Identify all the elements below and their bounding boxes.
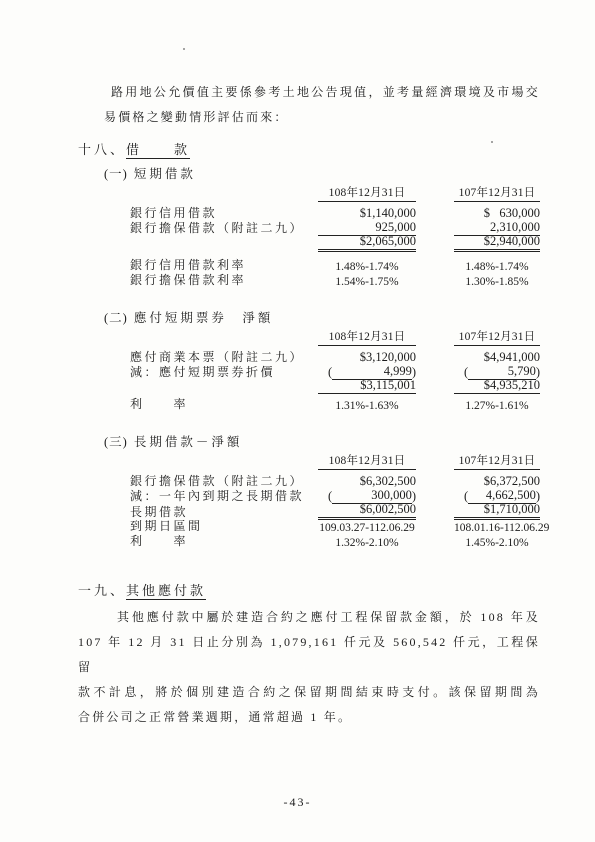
paragraph-line: 其他應付款中屬於建造合約之應付工程保留款金額，於 108 年及	[78, 605, 540, 630]
table-row: 減：應付短期票券折價 (4,999) (5,790)	[130, 363, 540, 378]
rate-cell: 1.31%-1.63%	[318, 400, 416, 412]
short-term-notes-table: 108年12月31日 107年12月31日 應付商業本票（附註二九） $3,12…	[130, 328, 540, 410]
column-header: 107年12月31日	[454, 452, 540, 470]
total-cell: $3,115,001	[318, 378, 416, 394]
rate-cell: 1.48%-1.74%	[454, 261, 540, 273]
date-range-cell: 108.01.16-112.06.29	[454, 522, 540, 534]
section-title: 借 款	[126, 142, 190, 159]
table-row: 銀行擔保借款（附註二九） $6,302,500 $6,372,500	[130, 472, 540, 487]
amount-cell: $6,372,500	[454, 474, 540, 489]
scan-artifact	[183, 48, 185, 50]
table-row: 銀行擔保借款利率 1.54%-1.75% 1.30%-1.85%	[130, 271, 540, 286]
total-cell: $2,940,000	[454, 234, 540, 252]
section-title: 其他應付款	[126, 583, 206, 600]
amount-cell: $ 630,000	[454, 206, 540, 221]
total-cell: $1,710,000	[454, 502, 540, 520]
paragraph-line: 合併公司之正常營業週期，通常超過 1 年。	[78, 705, 540, 730]
table-row: 利 率 1.32%-2.10% 1.45%-2.10%	[130, 532, 540, 547]
amount-cell: $6,302,500	[318, 474, 416, 489]
subsection-label: (一)	[104, 167, 128, 181]
amount-cell: $3,120,000	[318, 350, 416, 365]
rate-cell: 1.48%-1.74%	[318, 261, 416, 273]
total-cell: $4,935,210	[454, 378, 540, 394]
subsection-label: (二)	[104, 311, 128, 325]
amount-cell: $1,140,000	[318, 206, 416, 221]
row-label: 利 率	[130, 532, 318, 549]
table-row: 銀行信用借款 $1,140,000 $ 630,000	[130, 204, 540, 219]
total-cell: $6,002,500	[318, 502, 416, 520]
subsection-title: 應付短期票券 淨額	[134, 311, 274, 325]
rate-cell: 1.54%-1.75%	[318, 276, 416, 288]
section-number: 十八、	[78, 142, 126, 157]
page-number: -43-	[0, 795, 595, 810]
column-header: 108年12月31日	[318, 328, 416, 346]
rate-cell: 1.45%-2.10%	[454, 537, 540, 549]
amount-cell: $4,941,000	[454, 350, 540, 365]
table-row: 銀行擔保借款（附註二九） 925,000 2,310,000	[130, 219, 540, 234]
scan-artifact	[491, 141, 493, 143]
table-row: 減：一年內到期之長期借款 (300,000) (4,662,500)	[130, 487, 540, 502]
subsection-title: 短期借款	[134, 167, 196, 181]
intro-paragraph: 路用地公允價值主要係參考土地公告現值，並考量經濟環境及市場交 易價格之變動情形評…	[104, 80, 540, 130]
column-header: 108年12月31日	[318, 184, 416, 202]
column-header: 108年12月31日	[318, 452, 416, 470]
subsection-title: 長期借款－淨額	[134, 435, 243, 449]
table-row: 應付商業本票（附註二九） $3,120,000 $4,941,000	[130, 348, 540, 363]
row-label: 利 率	[130, 395, 318, 412]
table-header-row: 108年12月31日 107年12月31日	[130, 452, 540, 470]
table-header-row: 108年12月31日 107年12月31日	[130, 328, 540, 346]
rate-cell: 1.32%-2.10%	[318, 537, 416, 549]
subsection-2-heading: (二)應付短期票券 淨額	[104, 310, 540, 326]
row-label: 銀行擔保借款（附註二九）	[130, 219, 318, 236]
table-header-row: 108年12月31日 107年12月31日	[130, 184, 540, 202]
section-18-heading: 十八、借 款	[78, 142, 540, 158]
total-cell: $2,065,000	[318, 234, 416, 252]
table-total-row: 長期借款 $6,002,500 $1,710,000	[130, 502, 540, 517]
long-term-loans-table: 108年12月31日 107年12月31日 銀行擔保借款（附註二九） $6,30…	[130, 452, 540, 547]
subsection-3-heading: (三)長期借款－淨額	[104, 434, 540, 450]
subsection-1-heading: (一)短期借款	[104, 166, 540, 182]
table-row: 銀行信用借款利率 1.48%-1.74% 1.48%-1.74%	[130, 256, 540, 271]
column-header: 107年12月31日	[454, 328, 540, 346]
intro-line: 路用地公允價值主要係參考土地公告現值，並考量經濟環境及市場交	[104, 80, 540, 105]
row-label: 減：應付短期票券折價	[130, 363, 318, 380]
column-header: 107年12月31日	[454, 184, 540, 202]
rate-cell: 1.30%-1.85%	[454, 276, 540, 288]
short-term-loans-table: 108年12月31日 107年12月31日 銀行信用借款 $1,140,000 …	[130, 184, 540, 286]
paragraph-line: 107 年 12 月 31 日止分別為 1,079,161 仟元及 560,54…	[78, 630, 540, 680]
subsection-label: (三)	[104, 435, 128, 449]
intro-line: 易價格之變動情形評估而來：	[104, 105, 540, 130]
paragraph-line: 款不計息，將於個別建造合約之保留期間結束時支付。該保留期間為	[78, 680, 540, 705]
section-19-paragraph: 其他應付款中屬於建造合約之應付工程保留款金額，於 108 年及 107 年 12…	[78, 605, 540, 730]
row-label: 銀行擔保借款利率	[130, 271, 318, 288]
section-19-heading: 一九、其他應付款	[78, 583, 540, 599]
table-row: 利 率 1.31%-1.63% 1.27%-1.61%	[130, 395, 540, 410]
date-range-cell: 109.03.27-112.06.29	[318, 522, 416, 534]
section-number: 一九、	[78, 583, 126, 598]
table-total-row: $2,065,000 $2,940,000	[130, 234, 540, 249]
table-total-row: $3,115,001 $4,935,210	[130, 378, 540, 393]
document-page: 路用地公允價值主要係參考土地公告現值，並考量經濟環境及市場交 易價格之變動情形評…	[0, 0, 595, 842]
rate-cell: 1.27%-1.61%	[454, 400, 540, 412]
row-label: 減：一年內到期之長期借款	[130, 487, 318, 504]
